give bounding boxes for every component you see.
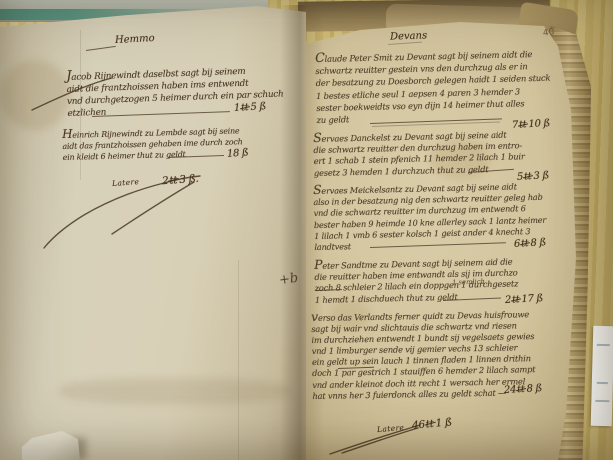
- card-text-line: [597, 344, 610, 346]
- ledger-entry: Claude Peter Smit zu Devant sagt bij sei…: [315, 47, 551, 127]
- shilling-sign: ß: [242, 147, 249, 158]
- pound-sign-icon: tt: [517, 384, 525, 395]
- amount-shillings: 1: [435, 417, 442, 430]
- pen-flourish-icon: [38, 168, 218, 252]
- paper-stain: [60, 378, 290, 404]
- shilling-sign: ß: [543, 118, 550, 129]
- ledger-entry: Heinrich Rijnewindt zu Lembde sagt bij s…: [62, 124, 243, 163]
- margin-note: +b: [278, 271, 299, 289]
- amount-shillings: 18: [227, 148, 240, 160]
- pen-flourish-icon: [326, 420, 426, 458]
- amount-shillings: 5: [250, 102, 257, 113]
- amount-pounds: 24: [504, 384, 517, 396]
- ledger-entry: verso das Verlandts ferner quidt zu Deva…: [311, 307, 536, 402]
- shilling-sign: ß: [259, 101, 266, 112]
- amount: 6tt8 ß: [514, 237, 546, 250]
- ledger-entry: Servaes Meickelsantz zu Devant sagt bij …: [313, 180, 547, 253]
- amount-shillings: 10: [528, 119, 541, 131]
- amount: 24tt8 ß: [504, 383, 542, 396]
- shilling-sign: ß: [539, 237, 546, 248]
- shilling-sign: ß: [444, 416, 452, 429]
- amount-shillings: 8: [526, 384, 533, 395]
- amount: 18 ß: [227, 147, 249, 159]
- shilling-sign: ß: [536, 293, 543, 304]
- shilling-sign: ß: [535, 383, 542, 394]
- amount-shillings: 8: [530, 238, 537, 249]
- page-crease: [238, 260, 239, 460]
- page-heading: Hemmo: [115, 33, 155, 46]
- pound-sign-icon: tt: [521, 238, 529, 249]
- interlinear-insert: 1 semlich: [452, 277, 485, 286]
- archival-card: [591, 326, 613, 427]
- folio-number: 40: [542, 27, 555, 39]
- amount: 1tt5 ß: [234, 101, 266, 114]
- amount-shillings: 17: [521, 294, 534, 306]
- manuscript-photo: Hemmo Jacob Rijnewindt daselbst sagt bij…: [0, 0, 613, 460]
- amount: 2tt17 ß: [505, 293, 543, 306]
- pound-sign-icon: tt: [241, 102, 249, 113]
- pound-sign-icon: tt: [425, 418, 434, 431]
- pound-sign-icon: tt: [512, 294, 520, 305]
- card-text-line: [597, 382, 608, 384]
- card-text-line: [595, 400, 609, 402]
